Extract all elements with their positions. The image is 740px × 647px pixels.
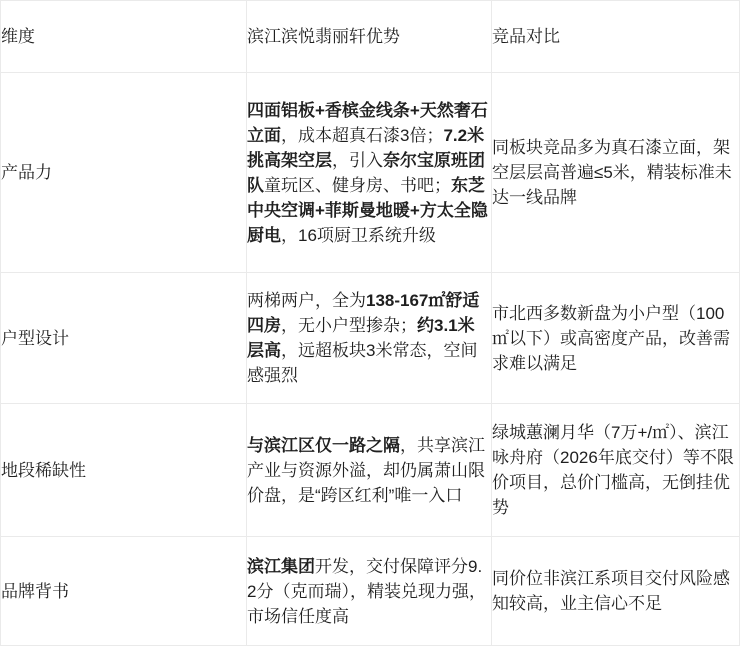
body-text: 两梯两户，全为 bbox=[247, 291, 366, 310]
body-text: 童玩区、健身房、书吧； bbox=[264, 176, 451, 195]
table-row-brand-endorsement: 品牌背书 滨江集团开发，交付保障评分9.2分（克而瑞），精装兑现力强，市场信任度… bbox=[1, 537, 740, 646]
table-row-product-power: 产品力 四面铝板+香槟金线条+天然奢石立面，成本超真石漆3倍；7.2米挑高架空层… bbox=[1, 73, 740, 273]
competitor-cell: 同价位非滨江系项目交付风险感知较高，业主信心不足 bbox=[492, 537, 740, 646]
table-row-floorplan-design: 户型设计 两梯两户，全为138-167㎡舒适四房，无小户型掺杂；约3.1米层高，… bbox=[1, 273, 740, 404]
body-text: ，无小户型掺杂； bbox=[281, 316, 417, 335]
header-project-advantage: 滨江滨悦翡丽轩优势 bbox=[247, 1, 492, 73]
body-text: ，16项厨卫系统升级 bbox=[281, 226, 436, 245]
table-header-row: 维度 滨江滨悦翡丽轩优势 竞品对比 bbox=[1, 1, 740, 73]
dimension-cell: 户型设计 bbox=[1, 273, 247, 404]
advantage-cell: 与滨江区仅一路之隔，共享滨江产业与资源外溢，却仍属萧山限价盘，是“跨区红利”唯一… bbox=[247, 404, 492, 537]
highlight-text: 与滨江区仅一路之隔 bbox=[247, 436, 400, 455]
dimension-cell: 产品力 bbox=[1, 73, 247, 273]
body-text: ，引入 bbox=[332, 151, 383, 170]
advantage-cell: 滨江集团开发，交付保障评分9.2分（克而瑞），精装兑现力强，市场信任度高 bbox=[247, 537, 492, 646]
advantage-cell: 两梯两户，全为138-167㎡舒适四房，无小户型掺杂；约3.1米层高，远超板块3… bbox=[247, 273, 492, 404]
competitor-cell: 市北西多数新盘为小户型（100㎡以下）或高密度产品，改善需求难以满足 bbox=[492, 273, 740, 404]
advantage-cell: 四面铝板+香槟金线条+天然奢石立面，成本超真石漆3倍；7.2米挑高架空层，引入奈… bbox=[247, 73, 492, 273]
competitor-cell: 绿城蕙澜月华（7万+/㎡）、滨江咏舟府（2026年底交付）等不限价项目，总价门槛… bbox=[492, 404, 740, 537]
header-dimension: 维度 bbox=[1, 1, 247, 73]
dimension-cell: 地段稀缺性 bbox=[1, 404, 247, 537]
table-row-location-scarcity: 地段稀缺性 与滨江区仅一路之隔，共享滨江产业与资源外溢，却仍属萧山限价盘，是“跨… bbox=[1, 404, 740, 537]
comparison-table: 维度 滨江滨悦翡丽轩优势 竞品对比 产品力 四面铝板+香槟金线条+天然奢石立面，… bbox=[0, 0, 740, 646]
highlight-text: 滨江集团 bbox=[247, 557, 315, 576]
body-text: ，成本超真石漆3倍； bbox=[281, 126, 443, 145]
header-competitor-comparison: 竞品对比 bbox=[492, 1, 740, 73]
dimension-cell: 品牌背书 bbox=[1, 537, 247, 646]
body-text: ，远超板块3米常态，空间感强烈 bbox=[247, 341, 477, 385]
competitor-cell: 同板块竞品多为真石漆立面，架空层层高普遍≤5米，精装标准未达一线品牌 bbox=[492, 73, 740, 273]
